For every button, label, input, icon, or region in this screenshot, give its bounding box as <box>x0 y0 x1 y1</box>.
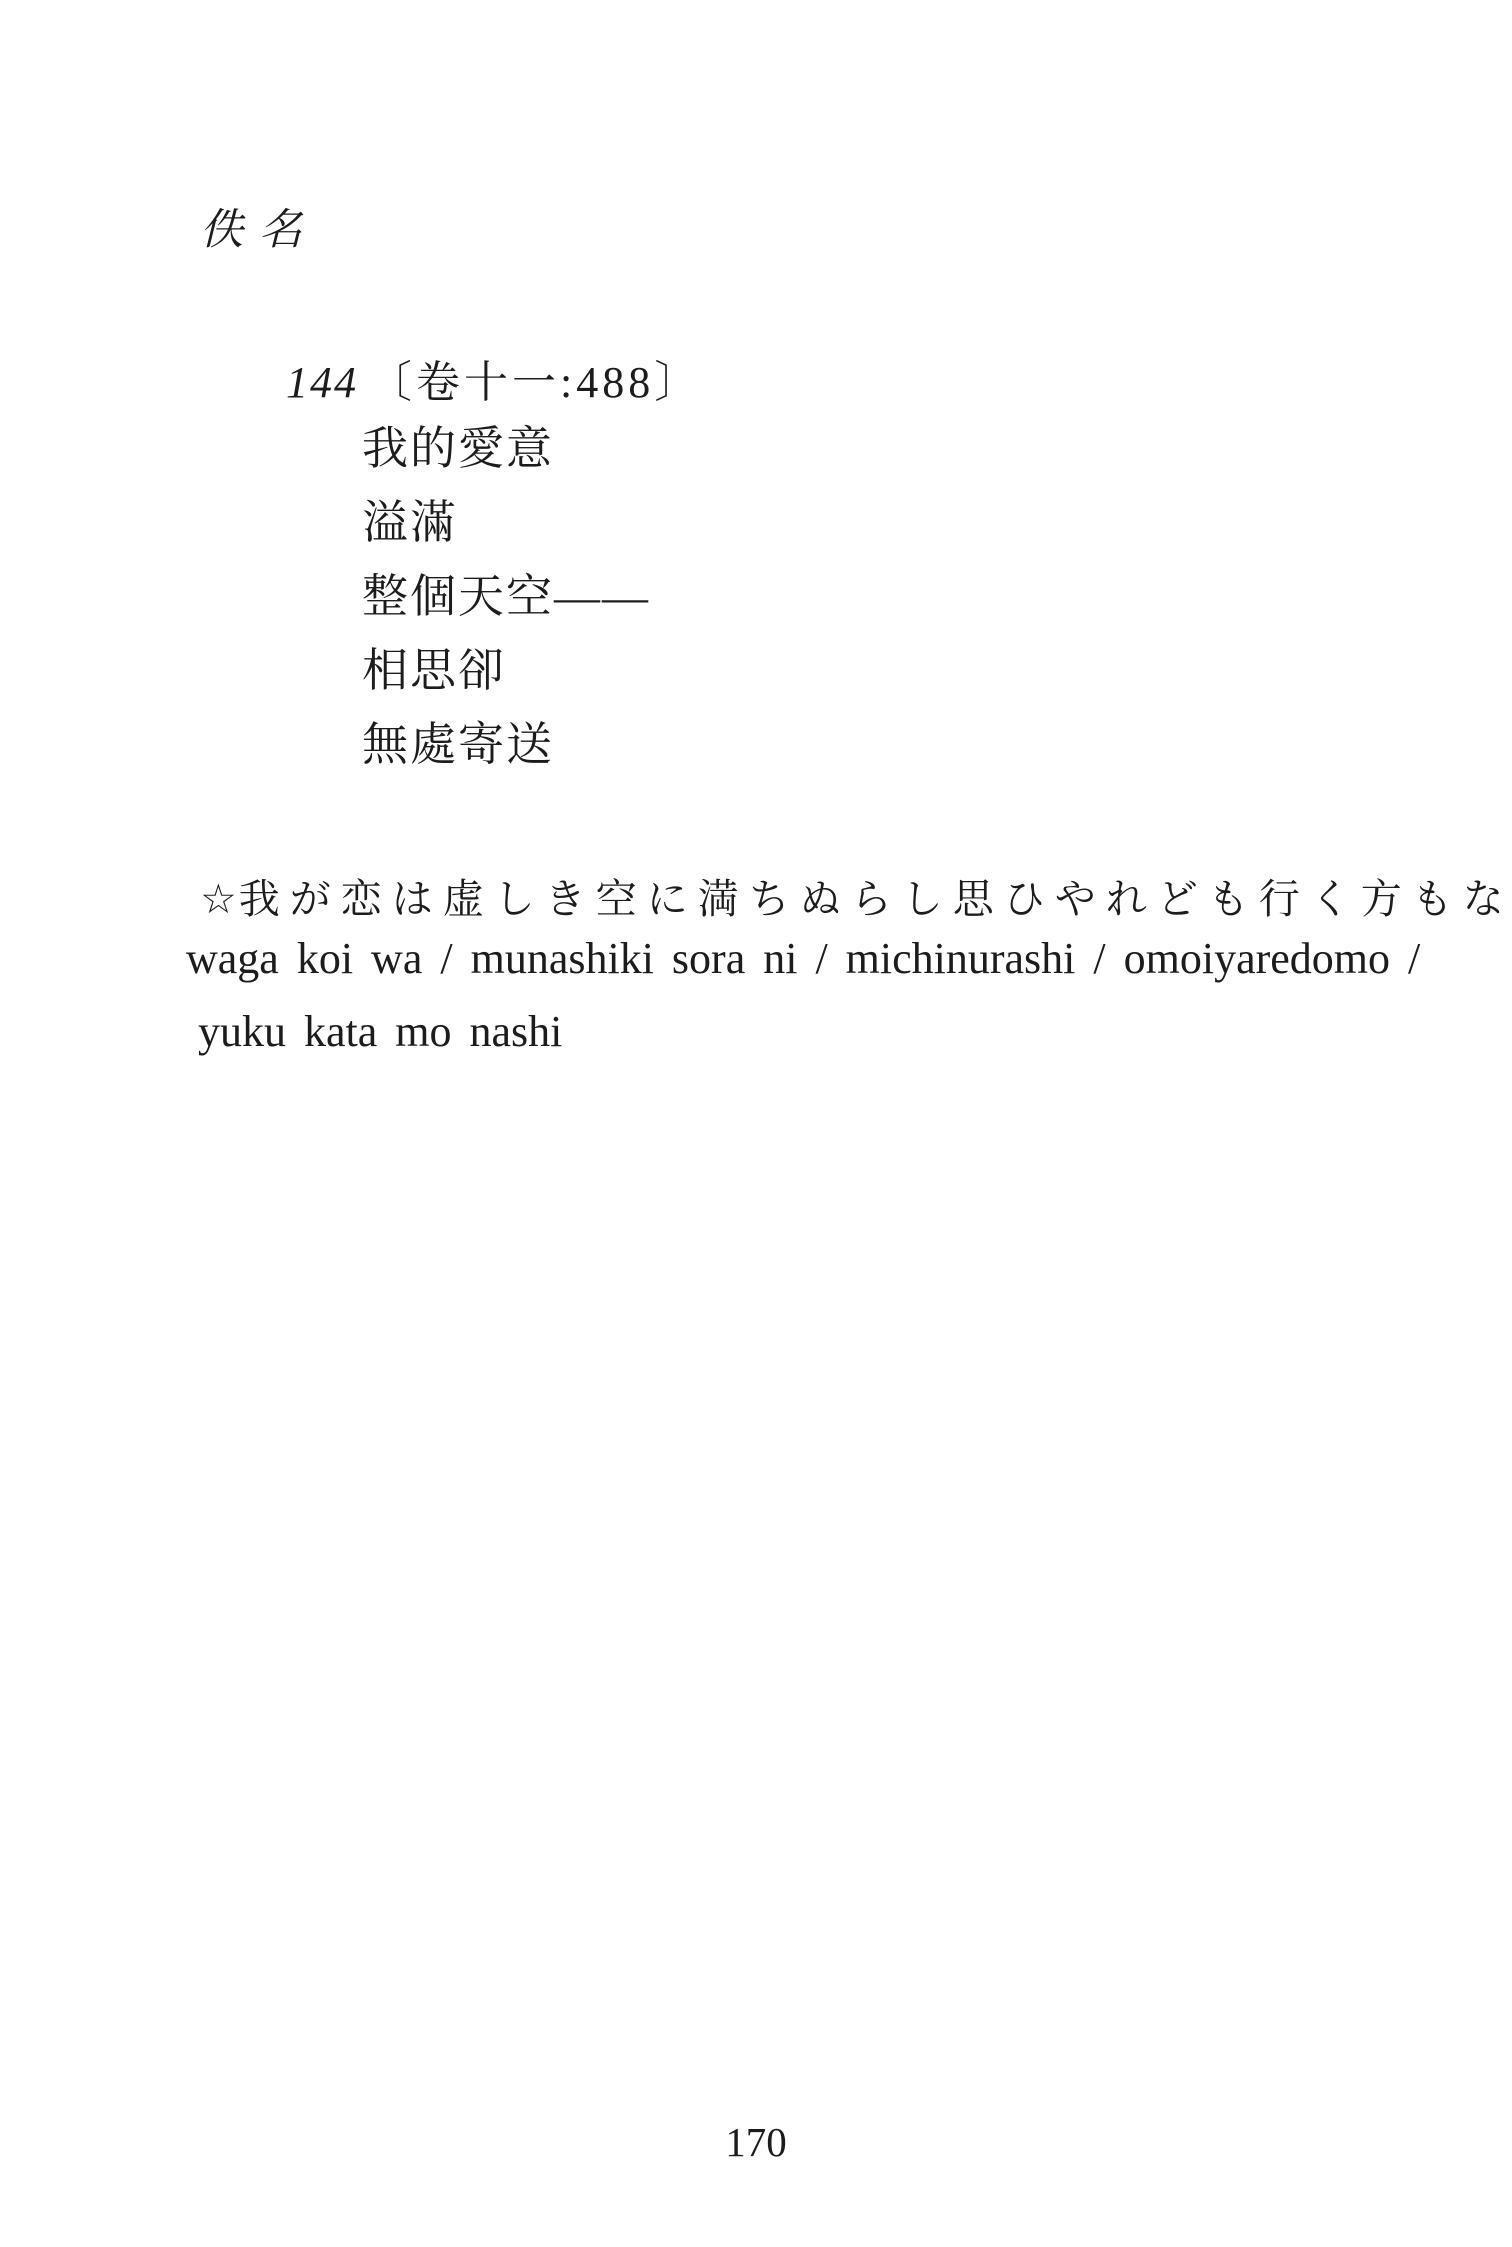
poem-header: 144〔卷十一:488〕 <box>286 346 702 410</box>
poem-number: 144 <box>286 358 368 407</box>
poem-line: 我的愛意 <box>362 412 650 486</box>
star-icon: ☆ <box>200 876 239 922</box>
waka-text: 我が恋は虚しき空に満ちぬらし思ひやれども行く方もなし <box>239 876 1512 922</box>
poem-line: 無處寄送 <box>362 708 650 782</box>
poem-translation: 我的愛意 溢滿 整個天空—— 相思卻 無處寄送 <box>362 412 650 782</box>
poem-author: 佚名 <box>200 196 318 257</box>
romaji-transliteration-line-1: waga koi wa / munashiki sora ni / michin… <box>186 933 1420 984</box>
original-waka-line: ☆我が恋は虚しき空に満ちぬらし思ひやれども行く方もなし <box>200 866 1512 925</box>
poem-source-reference: 〔卷十一:488〕 <box>368 358 702 407</box>
poem-line: 溢滿 <box>362 486 650 560</box>
page-number: 170 <box>0 2118 1512 2166</box>
poem-line: 整個天空—— <box>362 560 650 634</box>
poem-line: 相思卻 <box>362 634 650 708</box>
book-page: 佚名 144〔卷十一:488〕 我的愛意 溢滿 整個天空—— 相思卻 無處寄送 … <box>0 0 1512 2247</box>
romaji-transliteration-line-2: yuku kata mo nashi <box>198 1006 562 1057</box>
